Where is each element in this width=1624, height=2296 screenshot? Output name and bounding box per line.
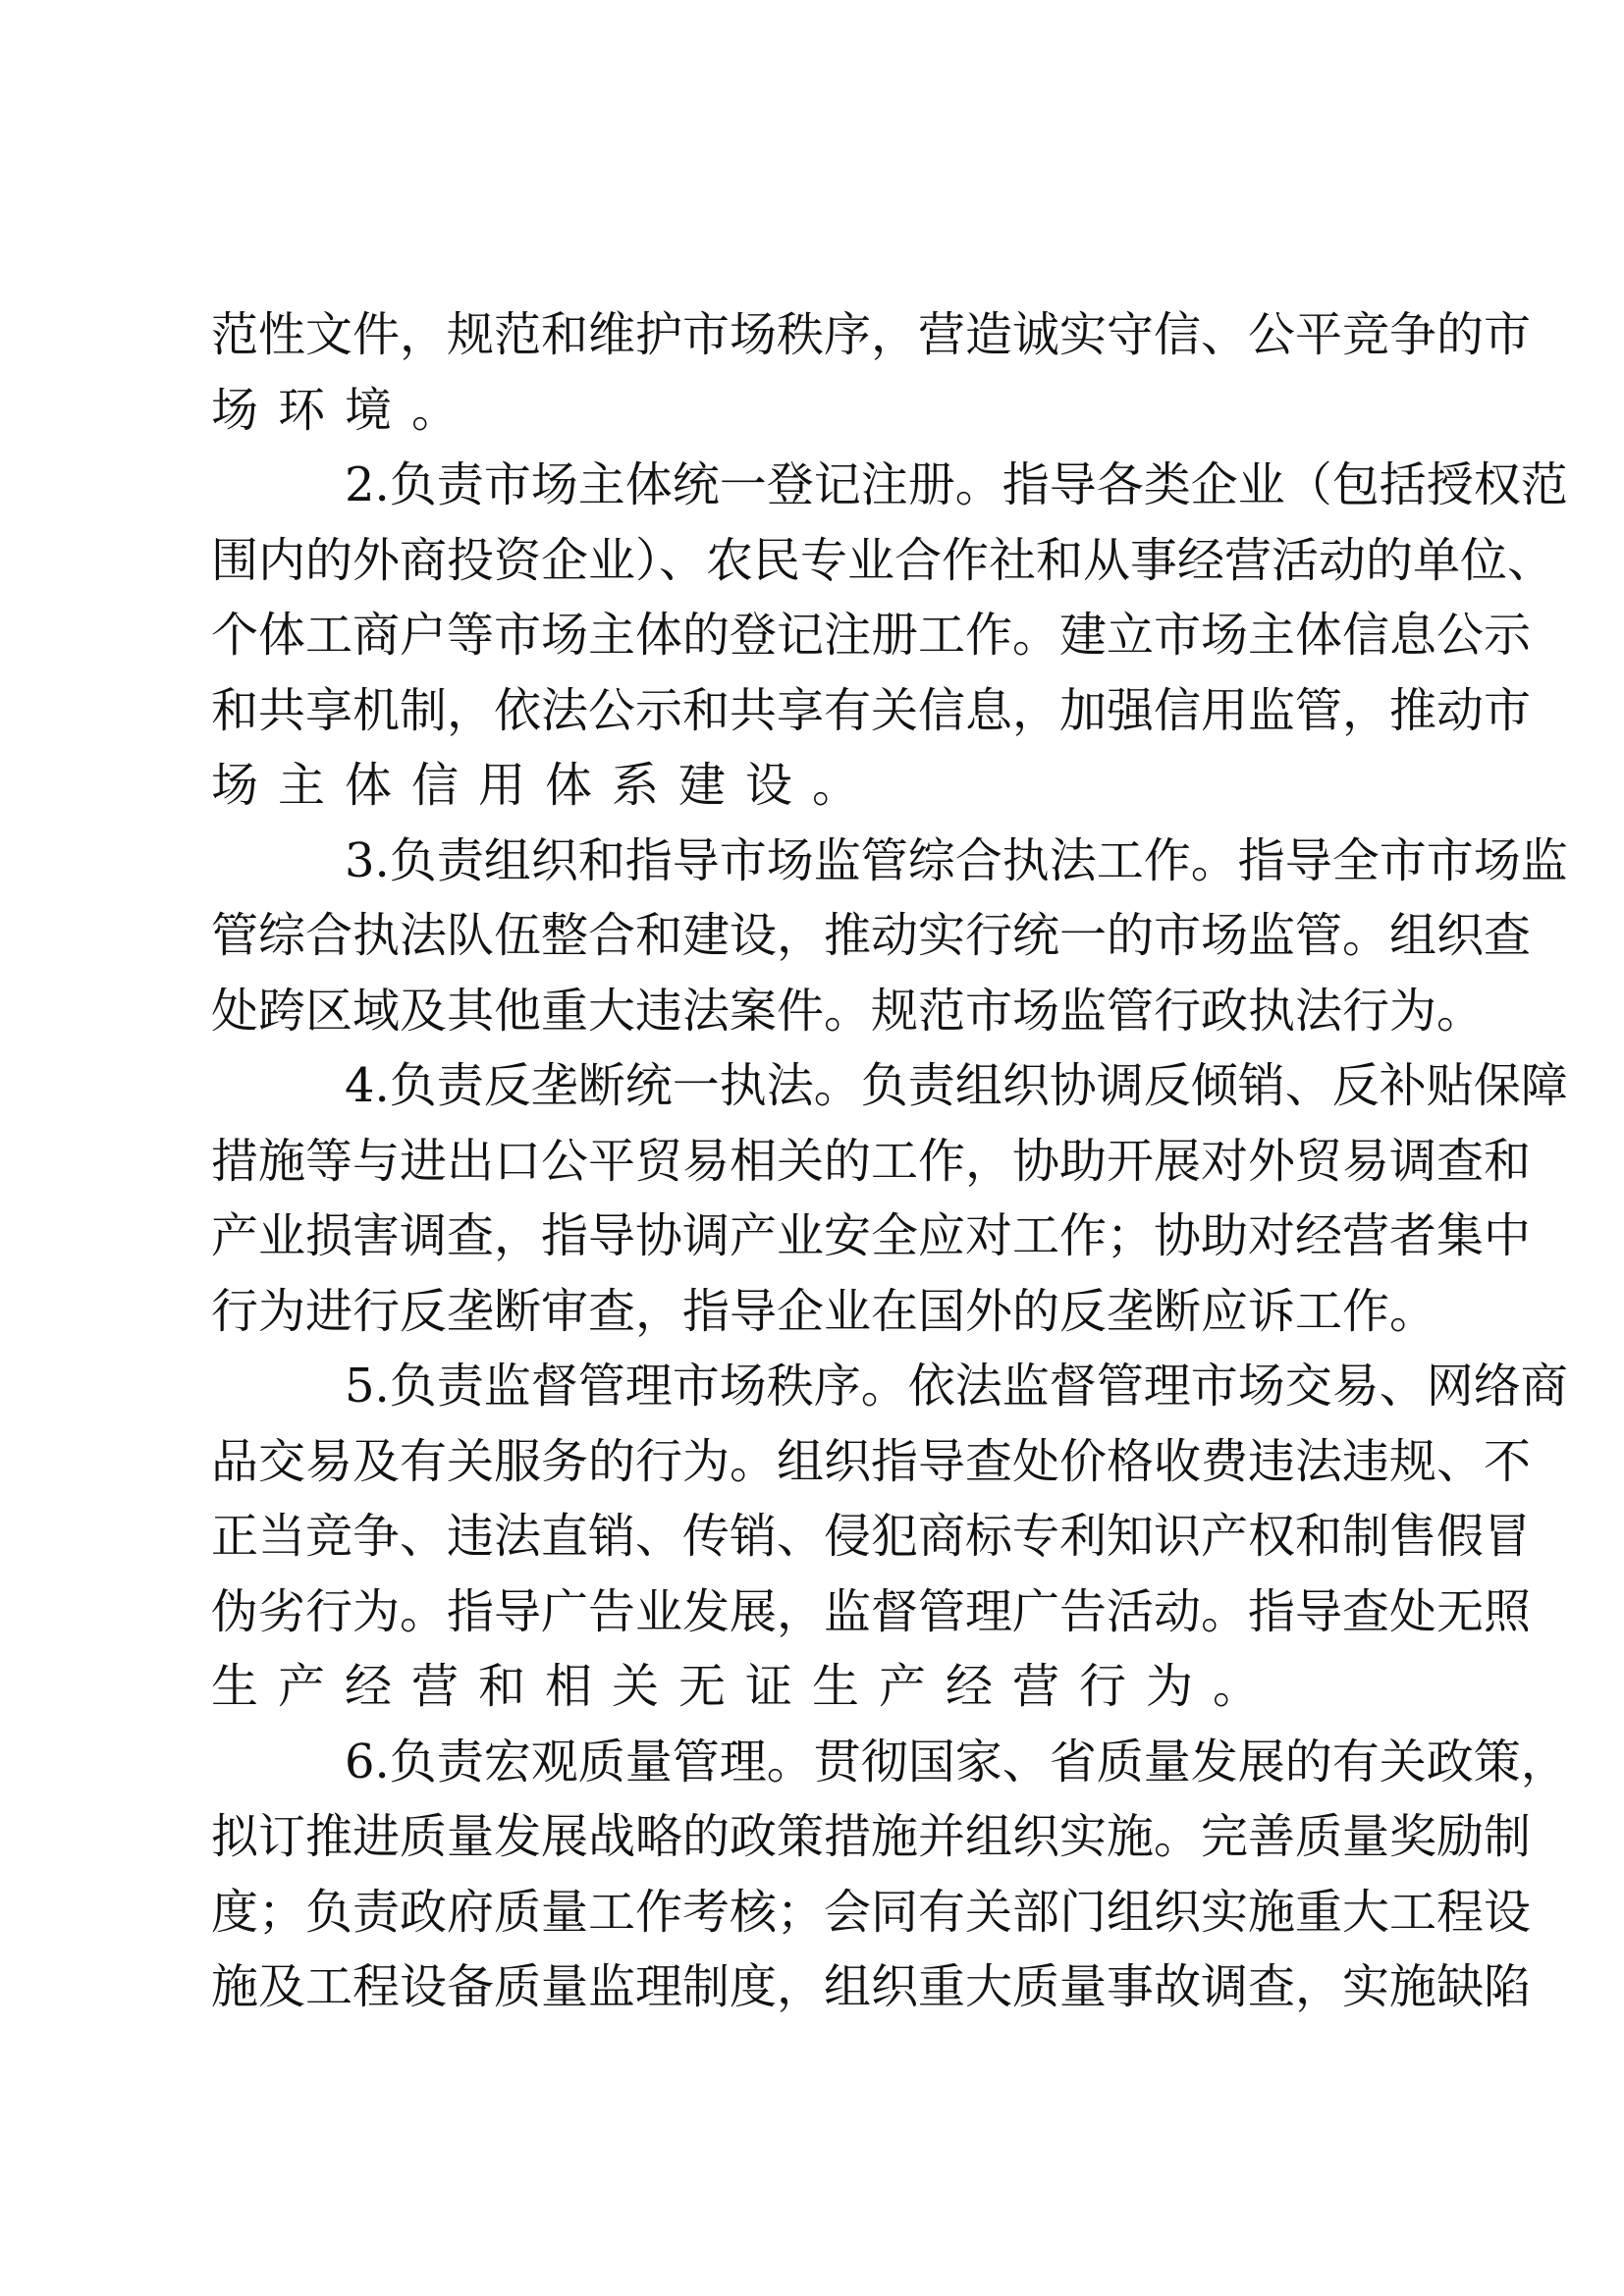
paragraph-item-4: 4.负责反垄断统一执法。负责组织协调反倾销、反补贴保障 措施等与进出口公平贸易相…	[211, 1053, 1419, 1354]
document-page: 范性文件，规范和维护市场秩序，营造诚实守信、公平竞争的市 场环境。 2.负责市场…	[211, 302, 1419, 2030]
text-line: 品交易及有关服务的行为。组织指导查处价格收费违法违规、不	[211, 1429, 1419, 1505]
text-line: 管综合执法队伍整合和建设，推动实行统一的市场监管。组织查	[211, 903, 1419, 979]
text-line: 正当竞争、违法直销、传销、侵犯商标专利知识产权和制售假冒	[211, 1504, 1419, 1579]
paragraph-item-5: 5.负责监督管理市场秩序。依法监督管理市场交易、网络商 品交易及有关服务的行为。…	[211, 1354, 1419, 1730]
paragraph-item-2: 2.负责市场主体统一登记注册。指导各类企业（包括授权范 围内的外商投资企业）、农…	[211, 453, 1419, 828]
text-line: 5.负责监督管理市场秩序。依法监督管理市场交易、网络商	[211, 1354, 1419, 1429]
text-line: 范性文件，规范和维护市场秩序，营造诚实守信、公平竞争的市	[211, 302, 1419, 378]
paragraph-item-1-continued: 范性文件，规范和维护市场秩序，营造诚实守信、公平竞争的市 场环境。	[211, 302, 1419, 453]
text-line: 场环境。	[211, 378, 1419, 454]
text-line: 和共享机制，依法公示和共享有关信息，加强信用监管，推动市	[211, 678, 1419, 754]
text-line: 度；负责政府质量工作考核；会同有关部门组织实施重大工程设	[211, 1880, 1419, 1955]
text-line: 4.负责反垄断统一执法。负责组织协调反倾销、反补贴保障	[211, 1053, 1419, 1129]
paragraph-item-3: 3.负责组织和指导市场监管综合执法工作。指导全市市场监 管综合执法队伍整合和建设…	[211, 828, 1419, 1054]
text-line: 个体工商户等市场主体的登记注册工作。建立市场主体信息公示	[211, 603, 1419, 678]
text-line: 场主体信用体系建设。	[211, 753, 1419, 828]
text-line: 行为进行反垄断审查，指导企业在国外的反垄断应诉工作。	[211, 1279, 1419, 1355]
text-line: 措施等与进出口公平贸易相关的工作，协助开展对外贸易调查和	[211, 1129, 1419, 1204]
text-line: 围内的外商投资企业）、农民专业合作社和从事经营活动的单位、	[211, 528, 1419, 604]
text-line: 拟订推进质量发展战略的政策措施并组织实施。完善质量奖励制	[211, 1804, 1419, 1880]
text-line: 6.负责宏观质量管理。贯彻国家、省质量发展的有关政策，	[211, 1730, 1419, 1805]
text-line: 产业损害调查，指导协调产业安全应对工作；协助对经营者集中	[211, 1203, 1419, 1279]
text-line: 生产经营和相关无证生产经营行为。	[211, 1654, 1419, 1730]
text-line: 2.负责市场主体统一登记注册。指导各类企业（包括授权范	[211, 453, 1419, 528]
paragraph-item-6: 6.负责宏观质量管理。贯彻国家、省质量发展的有关政策， 拟订推进质量发展战略的政…	[211, 1730, 1419, 2030]
text-line: 3.负责组织和指导市场监管综合执法工作。指导全市市场监	[211, 828, 1419, 904]
text-line: 施及工程设备质量监理制度，组织重大质量事故调查，实施缺陷	[211, 1954, 1419, 2030]
text-line: 处跨区域及其他重大违法案件。规范市场监管行政执法行为。	[211, 979, 1419, 1054]
text-line: 伪劣行为。指导广告业发展，监督管理广告活动。指导查处无照	[211, 1579, 1419, 1655]
